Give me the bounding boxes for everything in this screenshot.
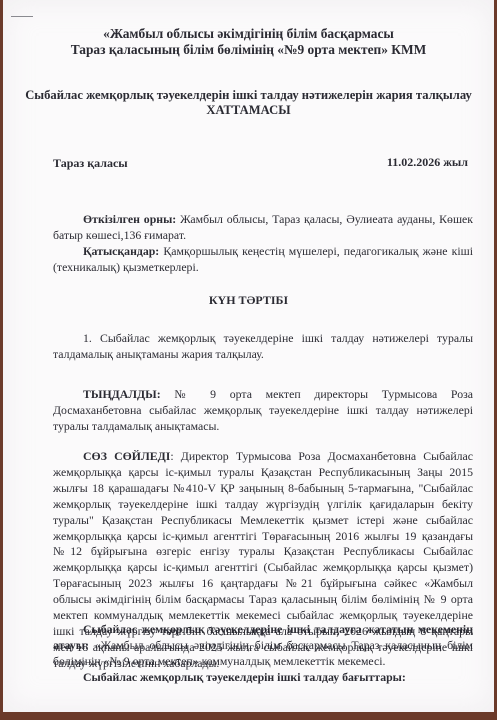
scan-mark xyxy=(11,16,33,17)
participants-label: Қатысқандар: xyxy=(83,244,159,258)
document-page: «Жамбыл облысы әкімдігінің білім басқарм… xyxy=(3,0,494,712)
doc-title-line-2: ХАТТАМАСЫ xyxy=(3,103,494,118)
org-header-line-2: Тараз қаласының білім бөлімінің «№9 орта… xyxy=(3,42,494,58)
directions-label: Сыбайлас жемқорлық тәуекелдерін ішкі тал… xyxy=(83,670,406,684)
heard-paragraph: ТЫҢДАЛДЫ: № 9 орта мектеп директоры Турм… xyxy=(53,386,473,435)
place: Тараз қаласы xyxy=(53,156,128,170)
venue-paragraph: Өткізілген орны: Жамбыл облысы, Тараз қа… xyxy=(53,211,473,243)
agenda-item: 1. Сыбайлас жемқорлық тәуекелдеріне ішкі… xyxy=(53,330,473,362)
heard-label: ТЫҢДАЛДЫ: xyxy=(83,387,161,401)
directions-paragraph: Сыбайлас жемқорлық тәуекелдерін ішкі тал… xyxy=(53,669,473,685)
org-header-line-1: «Жамбыл облысы әкімдігінің білім басқарм… xyxy=(3,26,494,42)
spoke-label: СӨЗ СӨЙЛЕДІ xyxy=(83,449,170,463)
participants-paragraph: Қатысқандар: Қамқоршылық кеңестің мүшеле… xyxy=(53,243,473,275)
agenda-heading: КҮН ТӘРТІБІ xyxy=(3,293,494,307)
institution-text: «Жамбыл облысы әкімдігінің білім басқарм… xyxy=(53,638,473,668)
date: 11.02.2026 жыл xyxy=(387,155,468,169)
venue-label: Өткізілген орны: xyxy=(83,212,176,226)
doc-title-line-1: Сыбайлас жемқорлық тәуекелдерін ішкі тал… xyxy=(3,88,494,103)
institution-paragraph: Сыбайлас жемқорлық тәуекелдеріне ішкі та… xyxy=(53,622,473,670)
